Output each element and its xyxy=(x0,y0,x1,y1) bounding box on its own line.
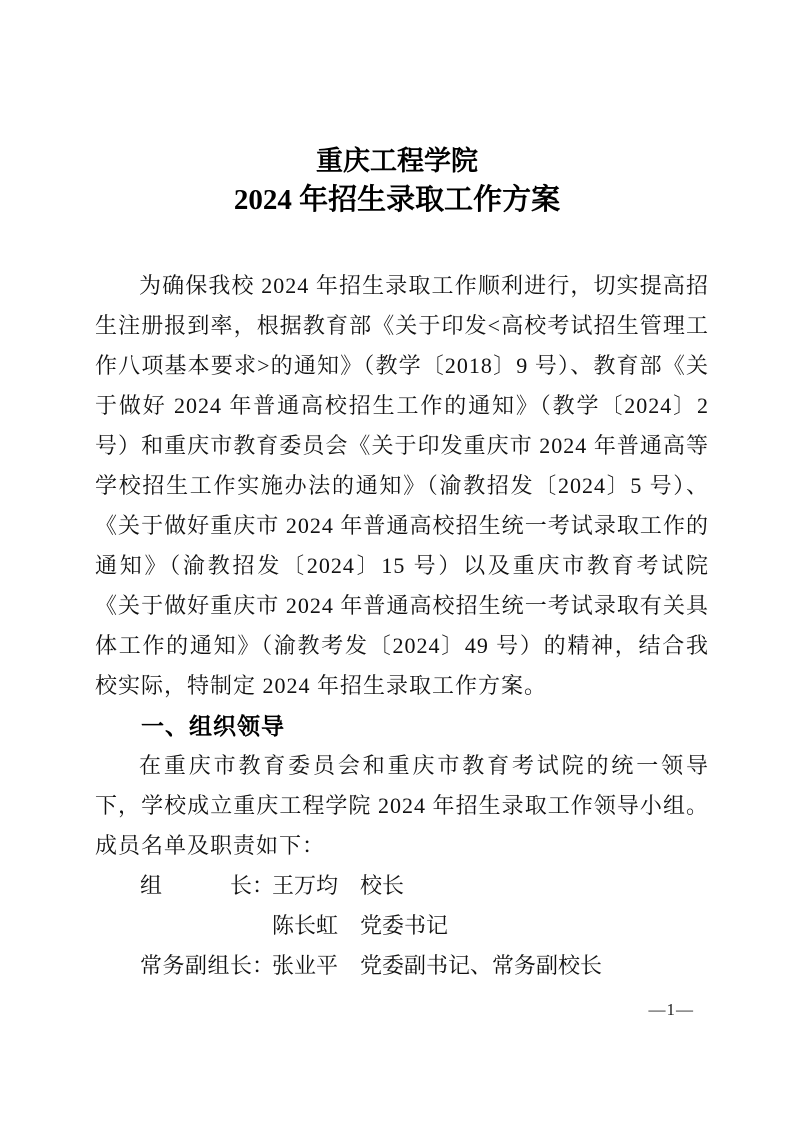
role-title: 校长 xyxy=(360,873,404,898)
document-body: 为确保我校 2024 年招生录取工作顺利进行，切实提高招生注册报到率，根据教育部… xyxy=(95,266,709,986)
role-line-group-leader-2: 陈长虹党委书记 xyxy=(140,906,709,946)
role-name: 陈长虹 xyxy=(272,913,338,938)
role-name: 王万均 xyxy=(272,873,338,898)
intro-paragraph: 为确保我校 2024 年招生录取工作顺利进行，切实提高招生注册报到率，根据教育部… xyxy=(95,266,709,706)
page-number: —1— xyxy=(649,1000,695,1020)
role-colon: ： xyxy=(252,946,272,986)
role-line-group-leader: 组长：王万均校长 xyxy=(140,866,709,906)
role-colon: ： xyxy=(252,866,272,906)
document-page: 重庆工程学院 2024 年招生录取工作方案 为确保我校 2024 年招生录取工作… xyxy=(0,0,794,1122)
role-title: 党委书记 xyxy=(360,913,448,938)
title-line-2: 2024 年招生录取工作方案 xyxy=(0,180,794,220)
role-label: 组长 xyxy=(140,866,252,906)
role-title: 党委副书记、常务副校长 xyxy=(360,953,602,978)
role-label: 常务副组长 xyxy=(140,946,252,986)
role-line-executive-deputy-leader: 常务副组长：张业平党委副书记、常务副校长 xyxy=(140,946,709,986)
leadership-roles-list: 组长：王万均校长 陈长虹党委书记 常务副组长：张业平党委副书记、常务副校长 xyxy=(140,866,709,986)
title-line-1: 重庆工程学院 xyxy=(0,142,794,180)
section1-intro-paragraph: 在重庆市教育委员会和重庆市教育考试院的统一领导下，学校成立重庆工程学院 2024… xyxy=(95,746,709,866)
section-heading-1: 一、组织领导 xyxy=(95,706,709,746)
document-title: 重庆工程学院 2024 年招生录取工作方案 xyxy=(0,142,794,220)
role-name: 张业平 xyxy=(272,953,338,978)
